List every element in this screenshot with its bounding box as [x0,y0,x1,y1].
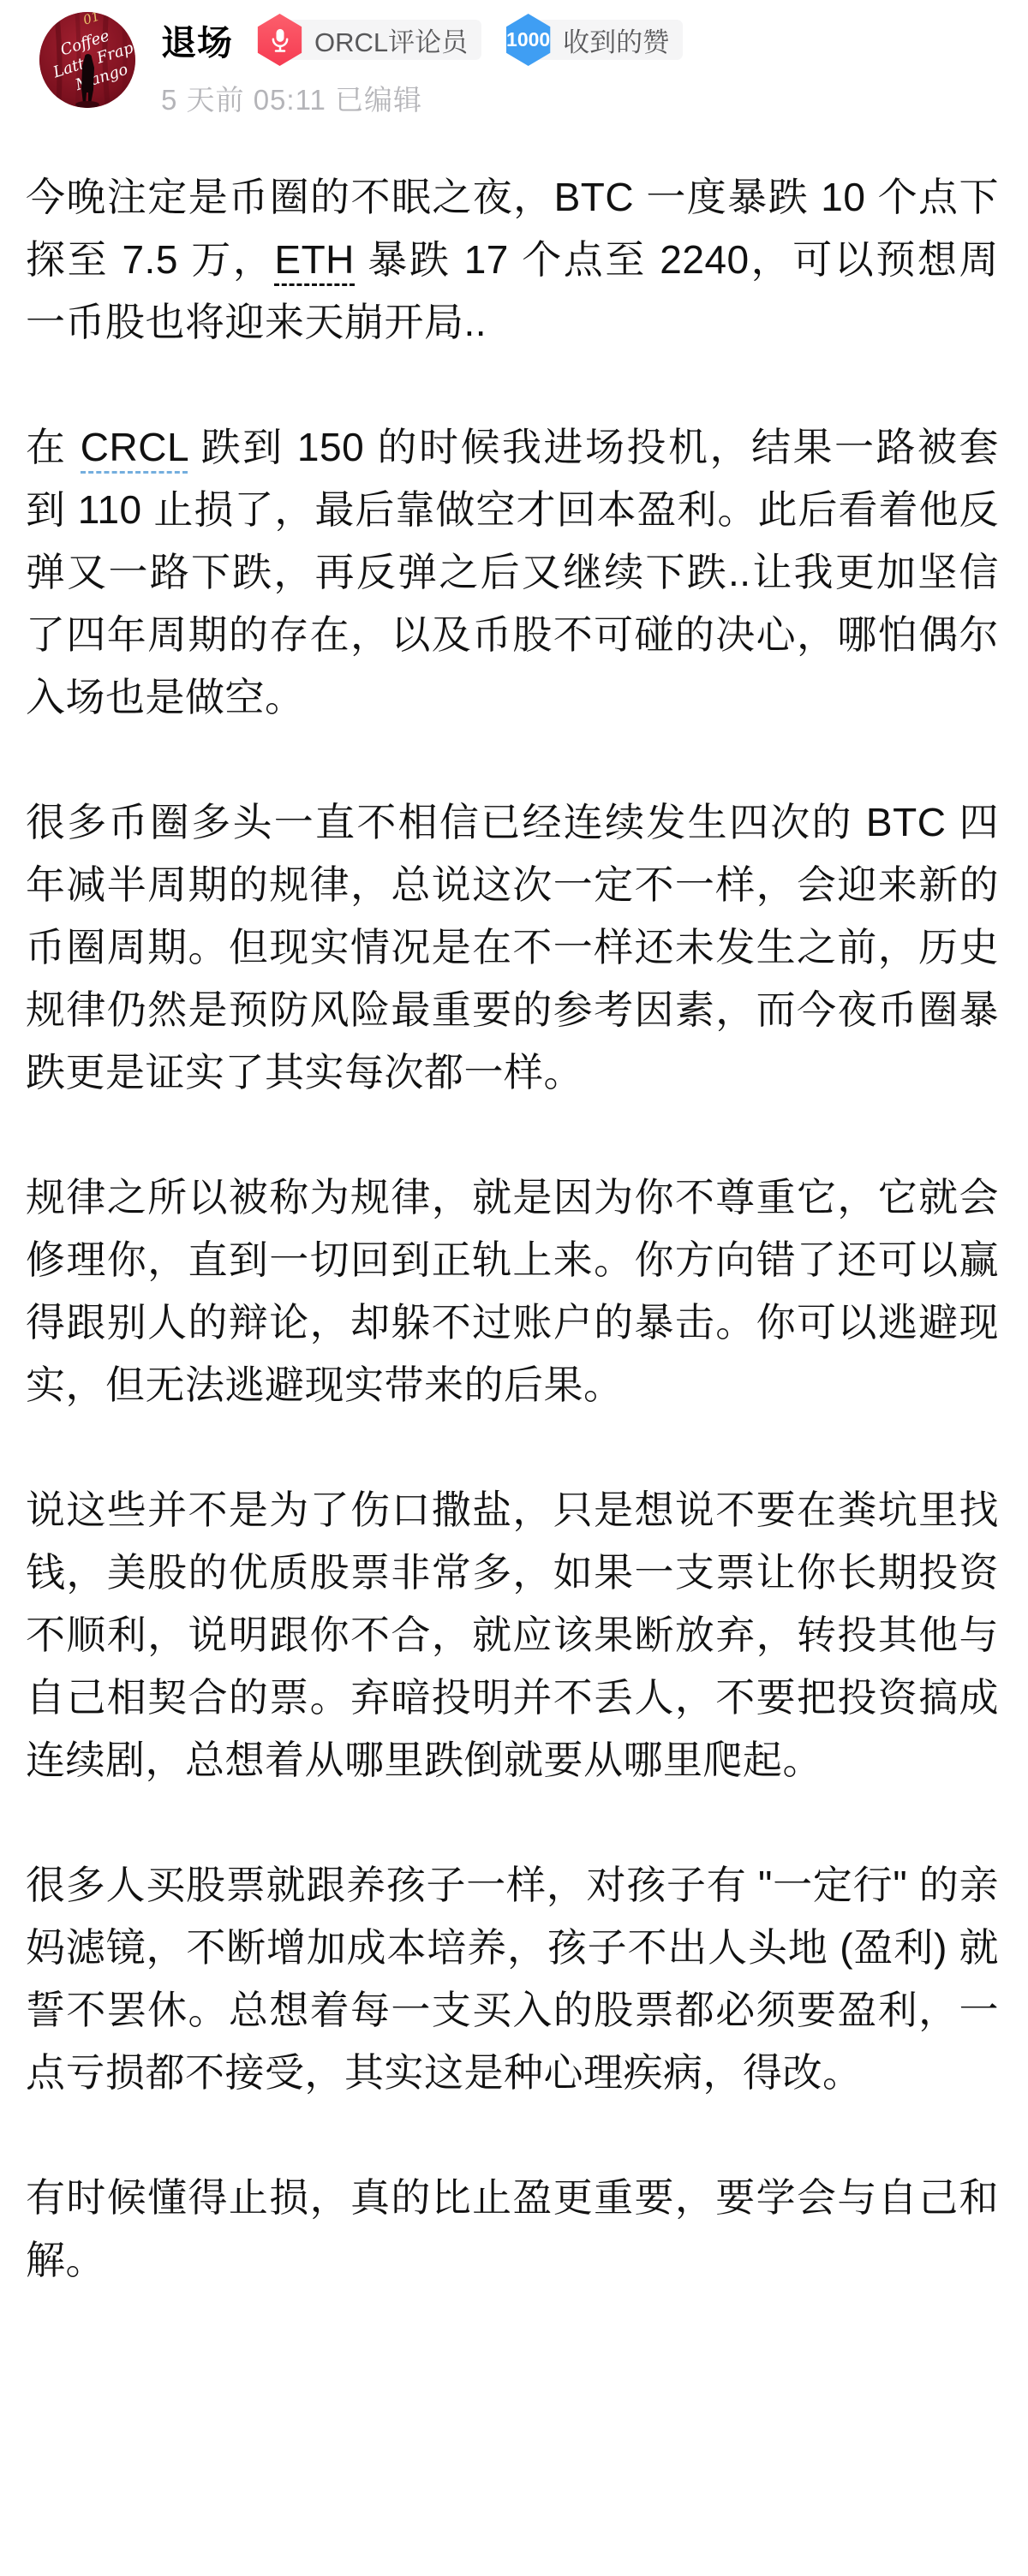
badge-commentator-label: ORCL评论员 [278,20,481,60]
text-segment: 说这些并不是为了伤口撒盐，只是想说不要在粪坑里找钱，美股的优质股票非常多，如果一… [26,1488,999,1782]
post-paragraph: 规律之所以被称为规律，就是因为你不尊重它，它就会修理你，直到一切回到正轨上来。你… [26,1166,999,1416]
post-header: 01 Coffee Latte Frappe Mango 退场 [0,0,1028,118]
post-paragraph: 有时候懂得止损，真的比止盈更重要，要学会与自己和解。 [26,2167,999,2292]
post-timestamp: 5 天前 05:11 已编辑 [161,78,1001,118]
likes-count: 1000 [506,28,550,51]
text-segment: 很多币圈多头一直不相信已经连续发生四次的 BTC 四年减半周期的规律，总说这次一… [26,800,999,1094]
header-main: 退场 ORCL评论员 1000 收到的赞 5 天 [161,12,1001,118]
text-segment: 有时候懂得止损，真的比止盈更重要，要学会与自己和解。 [26,2175,999,2282]
text-segment: 在 [26,425,81,469]
ticker-link-crcl[interactable]: CRCL [81,425,188,474]
post-paragraph: 在 CRCL 跌到 150 的时候我进场投机，结果一路被套到 110 止损了，最… [26,416,999,729]
post-body: 今晚注定是币圈的不眠之夜，BTC 一度暴跌 10 个点下探至 7.5 万，ETH… [0,166,1028,2326]
post-paragraph: 很多人买股票就跟养孩子一样，对孩子有 "一定行" 的亲妈滤镜，不断增加成本培养，… [26,1854,999,2104]
post-paragraph: 很多币圈多头一直不相信已经连续发生四次的 BTC 四年减半周期的规律，总说这次一… [26,791,999,1104]
badge-likes[interactable]: 1000 收到的赞 [504,14,683,66]
post-paragraph: 说这些并不是为了伤口撒盐，只是想说不要在粪坑里找钱，美股的优质股票非常多，如果一… [26,1479,999,1792]
ticker-link-eth[interactable]: ETH [274,237,355,286]
post-paragraph: 今晚注定是币圈的不眠之夜，BTC 一度暴跌 10 个点下探至 7.5 万，ETH… [26,166,999,354]
badge-commentator[interactable]: ORCL评论员 [255,14,481,66]
badge-likes-label: 收到的赞 [527,20,683,60]
text-segment: 规律之所以被称为规律，就是因为你不尊重它，它就会修理你，直到一切回到正轨上来。你… [26,1175,999,1407]
avatar[interactable]: 01 Coffee Latte Frappe Mango [39,12,135,108]
name-row: 退场 ORCL评论员 1000 收到的赞 [161,14,1001,66]
post-detail-page: { "header": { "username": "退场", "timesta… [0,0,1028,2576]
text-segment: 很多人买股票就跟养孩子一样，对孩子有 "一定行" 的亲妈滤镜，不断增加成本培养，… [26,1863,999,2095]
username[interactable]: 退场 [161,15,233,65]
avatar-image: 01 Coffee Latte Frappe Mango [39,12,135,108]
